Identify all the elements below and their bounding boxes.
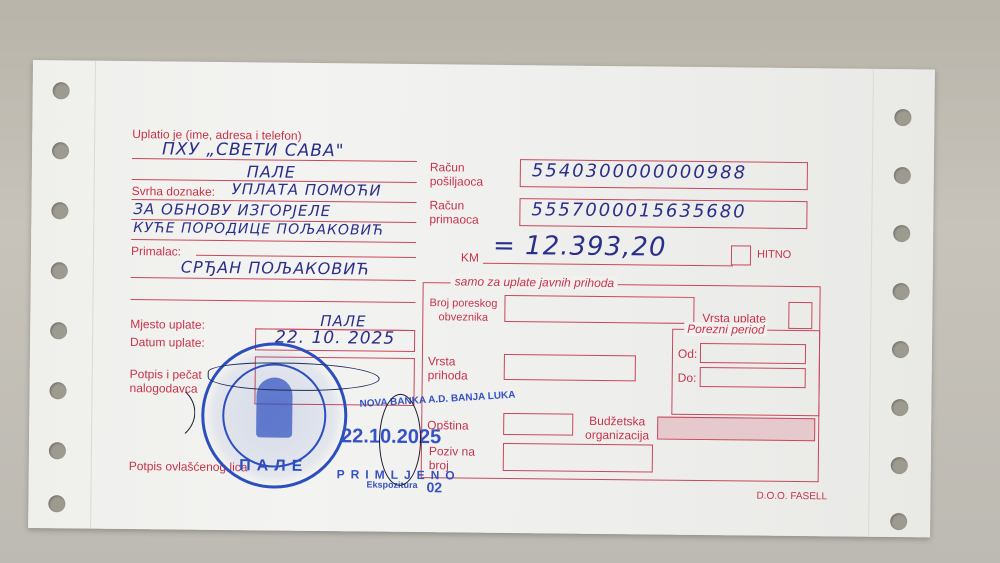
taxpayer-number-label: Broj poreskog obveznika (428, 296, 498, 325)
urgent-checkbox (731, 245, 751, 265)
purpose-line-3: КУЋЕ ПОРОДИЦЕ ПОЉАКОВИЋ (133, 220, 384, 239)
tractor-hole (894, 167, 911, 184)
purpose-label: Svrha doznake: (132, 184, 216, 199)
recipient-line-2 (130, 299, 415, 303)
to-label: Do: (678, 371, 697, 385)
place-label: Mjesto uplate: (130, 317, 205, 332)
tax-period-title: Porezni period (684, 322, 768, 337)
revenue-type-label: Vrsta prihoda (428, 354, 488, 383)
payer-name: ПХУ „СВЕТИ САВА" (162, 139, 345, 161)
to-box (700, 367, 806, 388)
payment-type-box (788, 302, 812, 329)
payer-city: ПАЛЕ (247, 162, 296, 182)
bank-code-stamp: 02 (426, 479, 442, 495)
recipient-name: СРЂАН ПОЉАКОВИЋ (181, 258, 370, 279)
purpose-line-2: ЗА ОБНОВУ ИЗГОРЈЕЛЕ (133, 200, 331, 220)
recipient-account-label: Račun primaoca (429, 198, 499, 227)
taxpayer-number-box (504, 295, 694, 324)
recipient-account-value: 5557000015635680 (531, 199, 746, 222)
date-label: Datum uplate: (130, 335, 205, 350)
currency-label: KM (461, 250, 479, 264)
budget-org-label: Budžetska organizacija (577, 414, 657, 443)
revenue-type-box (504, 354, 636, 381)
purpose-underline-3 (131, 239, 416, 243)
tractor-hole (51, 202, 68, 219)
tractor-hole (890, 513, 907, 530)
tractor-hole (49, 442, 66, 459)
left-perforation-line (90, 61, 96, 529)
public-revenue-title: samo za uplate javnih prihoda (451, 274, 619, 290)
recipient-line-1 (131, 277, 416, 281)
tractor-hole (51, 262, 68, 279)
tractor-hole (49, 382, 66, 399)
reference-box (503, 443, 653, 473)
urgent-label: HITNO (757, 248, 791, 262)
sender-account-label: Račun pošiljaoca (430, 160, 500, 189)
tractor-hole (52, 142, 69, 159)
tractor-hole (893, 283, 910, 300)
amount-value: = 12.393,20 (493, 231, 667, 263)
tractor-hole (893, 225, 910, 242)
municipality-box (503, 413, 573, 436)
recipient-label: Primalac: (131, 244, 181, 259)
purpose-line-1: УПЛАТА ПОМОЋИ (232, 180, 382, 200)
sender-account-value: 5540300000000988 (532, 160, 747, 183)
budget-org-box (657, 417, 815, 442)
tractor-hole (53, 82, 70, 99)
tractor-hole (891, 399, 908, 416)
right-perforation-line (868, 69, 874, 537)
tractor-hole (48, 495, 65, 512)
stamp-caption: ПАЛЕ (204, 457, 344, 476)
signature-stroke (123, 381, 196, 444)
printer-name: D.O.O. FASELL (756, 490, 827, 505)
tractor-hole (891, 457, 908, 474)
from-box (700, 343, 806, 364)
tractor-hole (894, 109, 911, 126)
amount-line (483, 263, 733, 267)
tractor-hole (892, 341, 909, 358)
from-label: Od: (678, 347, 697, 361)
tractor-hole (50, 322, 67, 339)
payment-slip: Uplatio je (ime, adresa i telefon) ПХУ „… (28, 60, 935, 537)
